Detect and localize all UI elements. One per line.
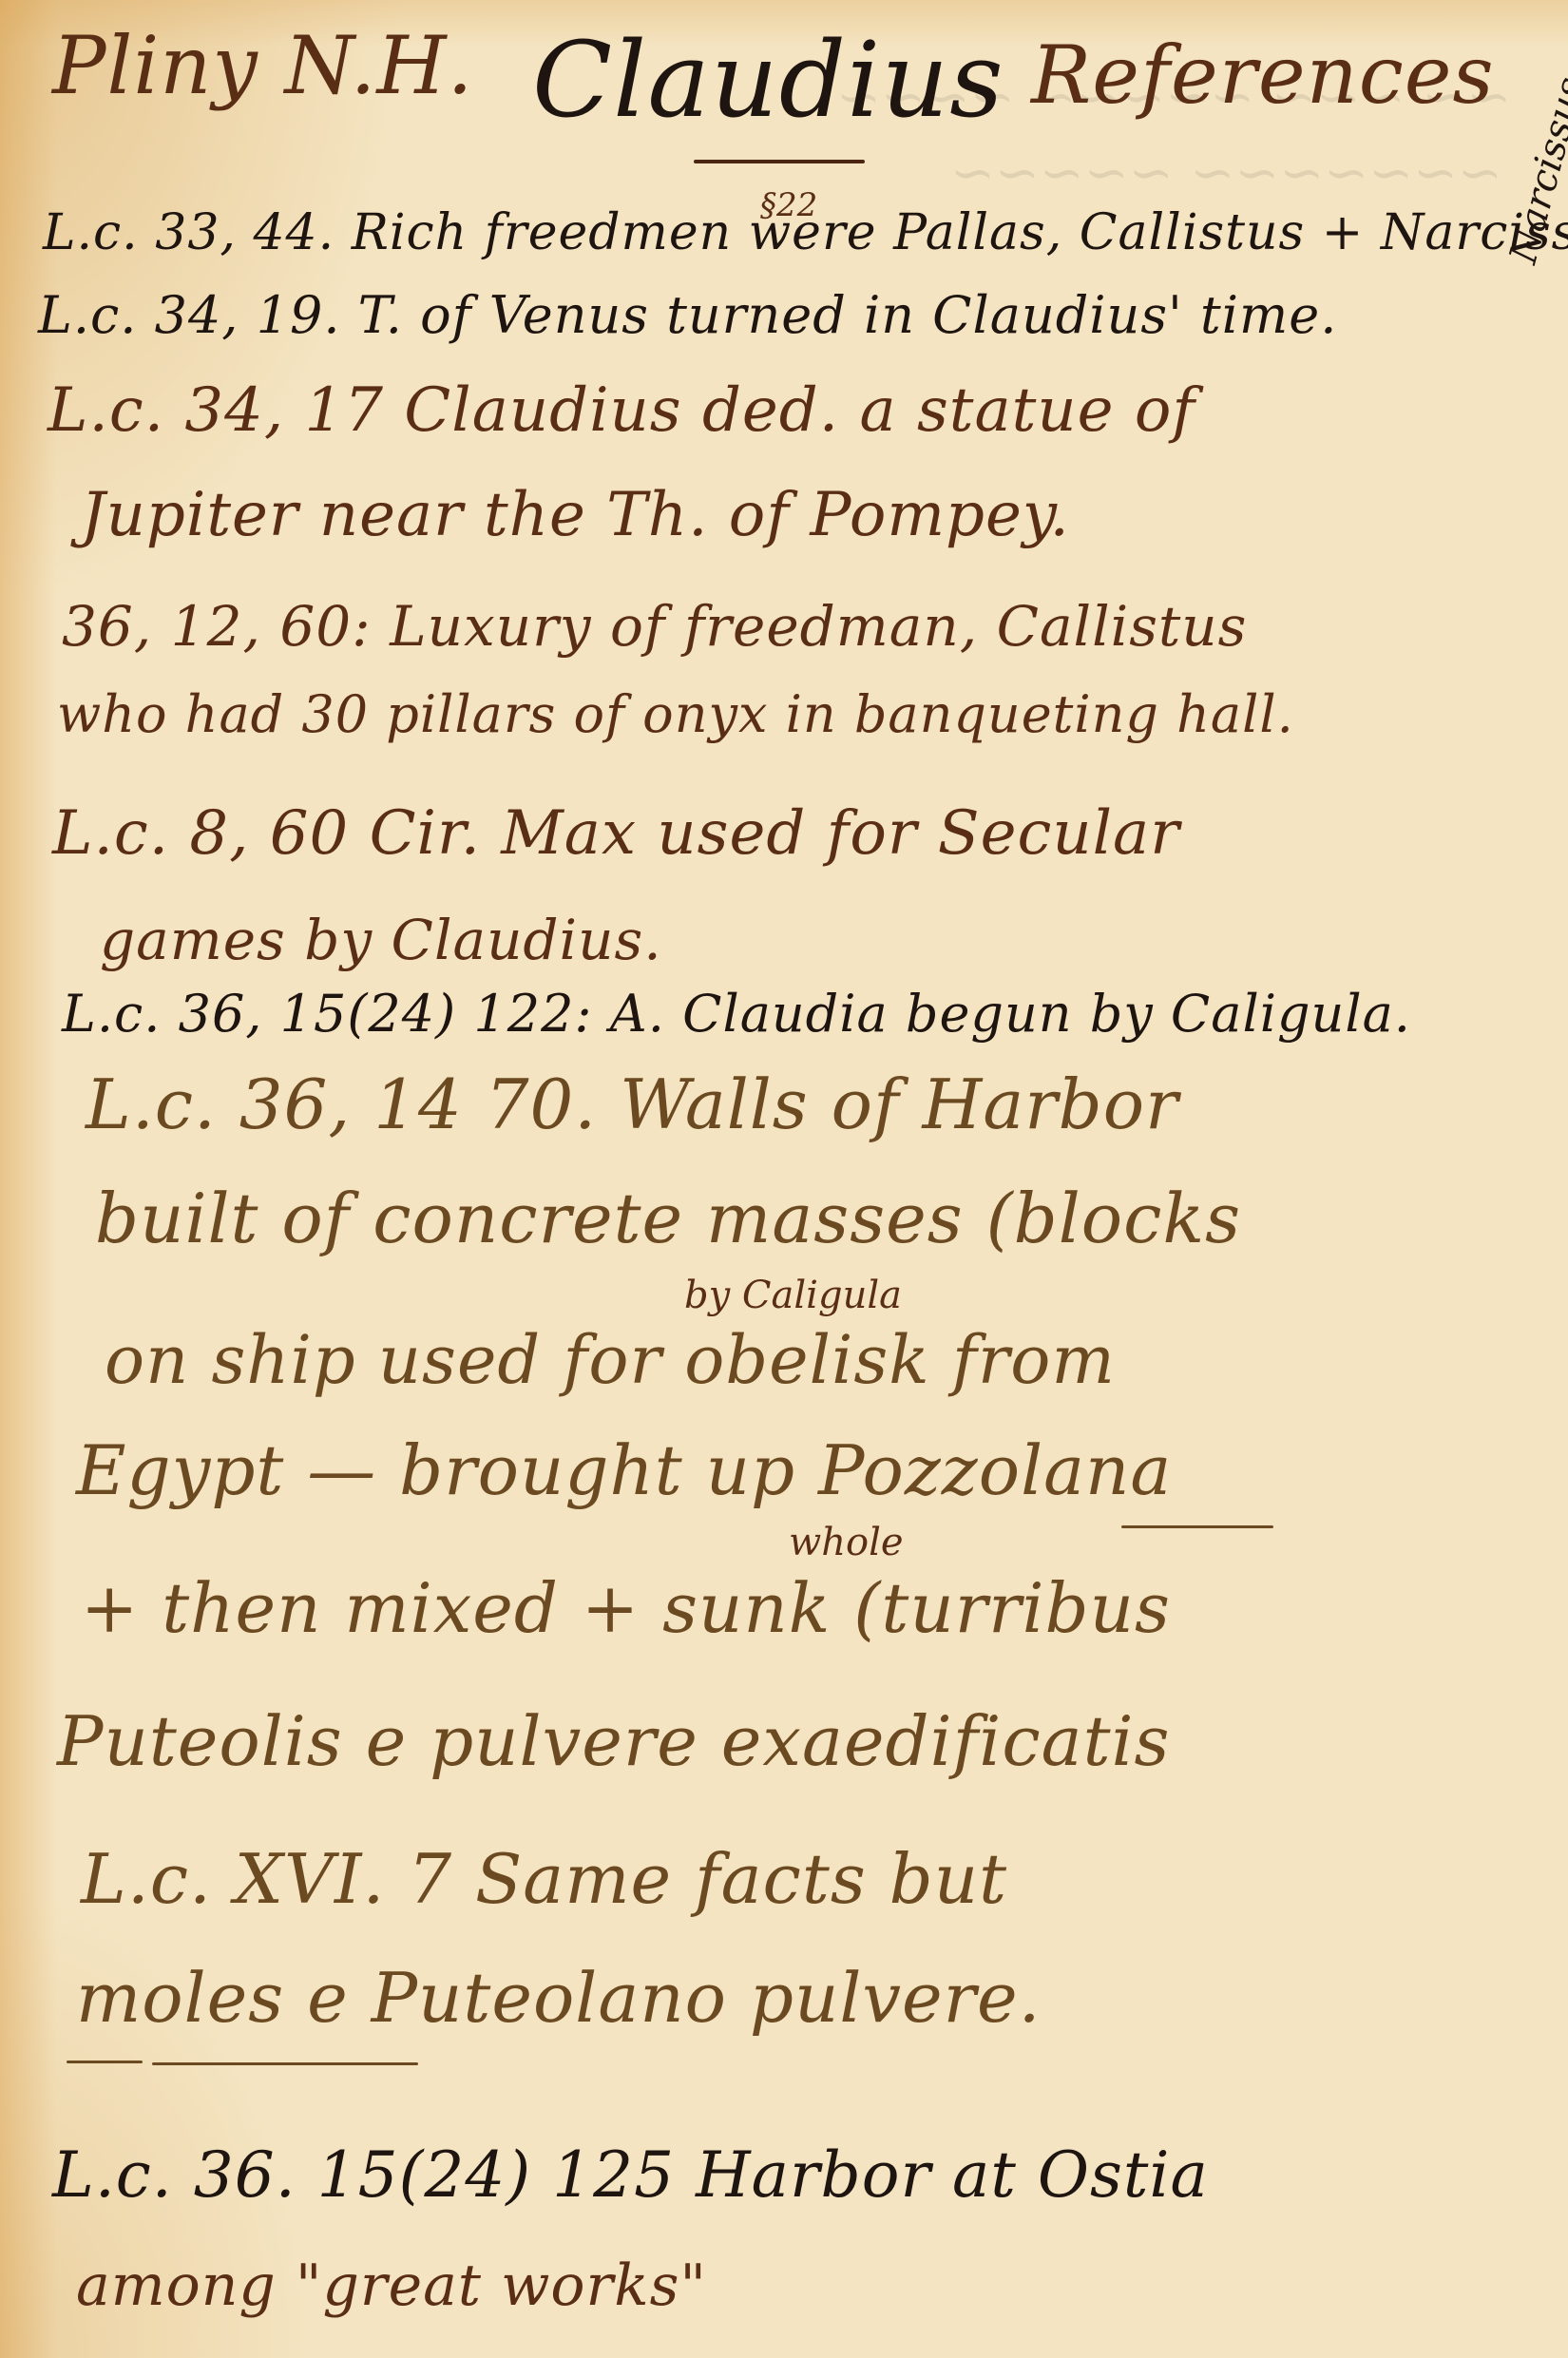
entry-line: Jupiter near the Th. of Pompey.	[81, 480, 1070, 550]
header-label: References	[1031, 29, 1495, 122]
header-subject-underline	[694, 160, 865, 163]
puteolano-underline	[152, 2062, 418, 2065]
entry-line: games by Claudius.	[100, 908, 662, 972]
entry-line: L.c. 36. 15(24) 125 Harbor at Ostia	[52, 2138, 1209, 2212]
moles-underline	[67, 2061, 143, 2063]
entry-line: on ship used for obelisk from	[105, 1321, 1116, 1399]
entry-line: who had 30 pillars of onyx in banqueting…	[57, 684, 1294, 744]
entry-line: L.c. XVI. 7 Same facts but	[81, 1839, 1007, 1919]
header-source: Pliny N.H.	[52, 19, 473, 112]
entry-superscript: §22	[760, 186, 817, 224]
entry-line: moles e Puteolano pulvere.	[76, 1958, 1042, 2038]
entry-line: + then mixed + sunk (turribus	[81, 1568, 1171, 1648]
notebook-page: ~~ ~~~ ~~~~~ ~~~~ ~~~~~~~ ~~~~~ Pliny N.…	[0, 0, 1568, 2358]
entry-line: Egypt — brought up Pozzolana	[76, 1430, 1172, 1510]
reverse-side-bleed-through: ~~~~~~~ ~~~~~	[950, 143, 1502, 204]
header-subject: Claudius	[532, 19, 1004, 141]
interlinear-insertion: whole	[789, 1521, 904, 1564]
entry-line: L.c. 36, 15(24) 122: A. Claudia begun by…	[62, 984, 1411, 1044]
entry-line: Puteolis e pulvere exaedificatis	[57, 1701, 1170, 1781]
interlinear-insertion: by Caligula	[684, 1274, 902, 1317]
pozzolana-underline	[1121, 1525, 1273, 1528]
entry-line: built of concrete masses (blocks	[95, 1179, 1241, 1258]
entry-line: L.c. 34, 19. T. of Venus turned in Claud…	[38, 285, 1337, 345]
entry-line: 36, 12, 60: Luxury of freedman, Callistu…	[62, 594, 1247, 659]
entry-line: L.c. 36, 14 70. Walls of Harbor	[86, 1064, 1179, 1144]
entry-line: L.c. 34, 17 Claudius ded. a statue of	[48, 375, 1195, 446]
entry-line: L.c. 8, 60 Cir. Max used for Secular	[52, 798, 1180, 869]
entry-line: among "great works"	[76, 2253, 707, 2319]
